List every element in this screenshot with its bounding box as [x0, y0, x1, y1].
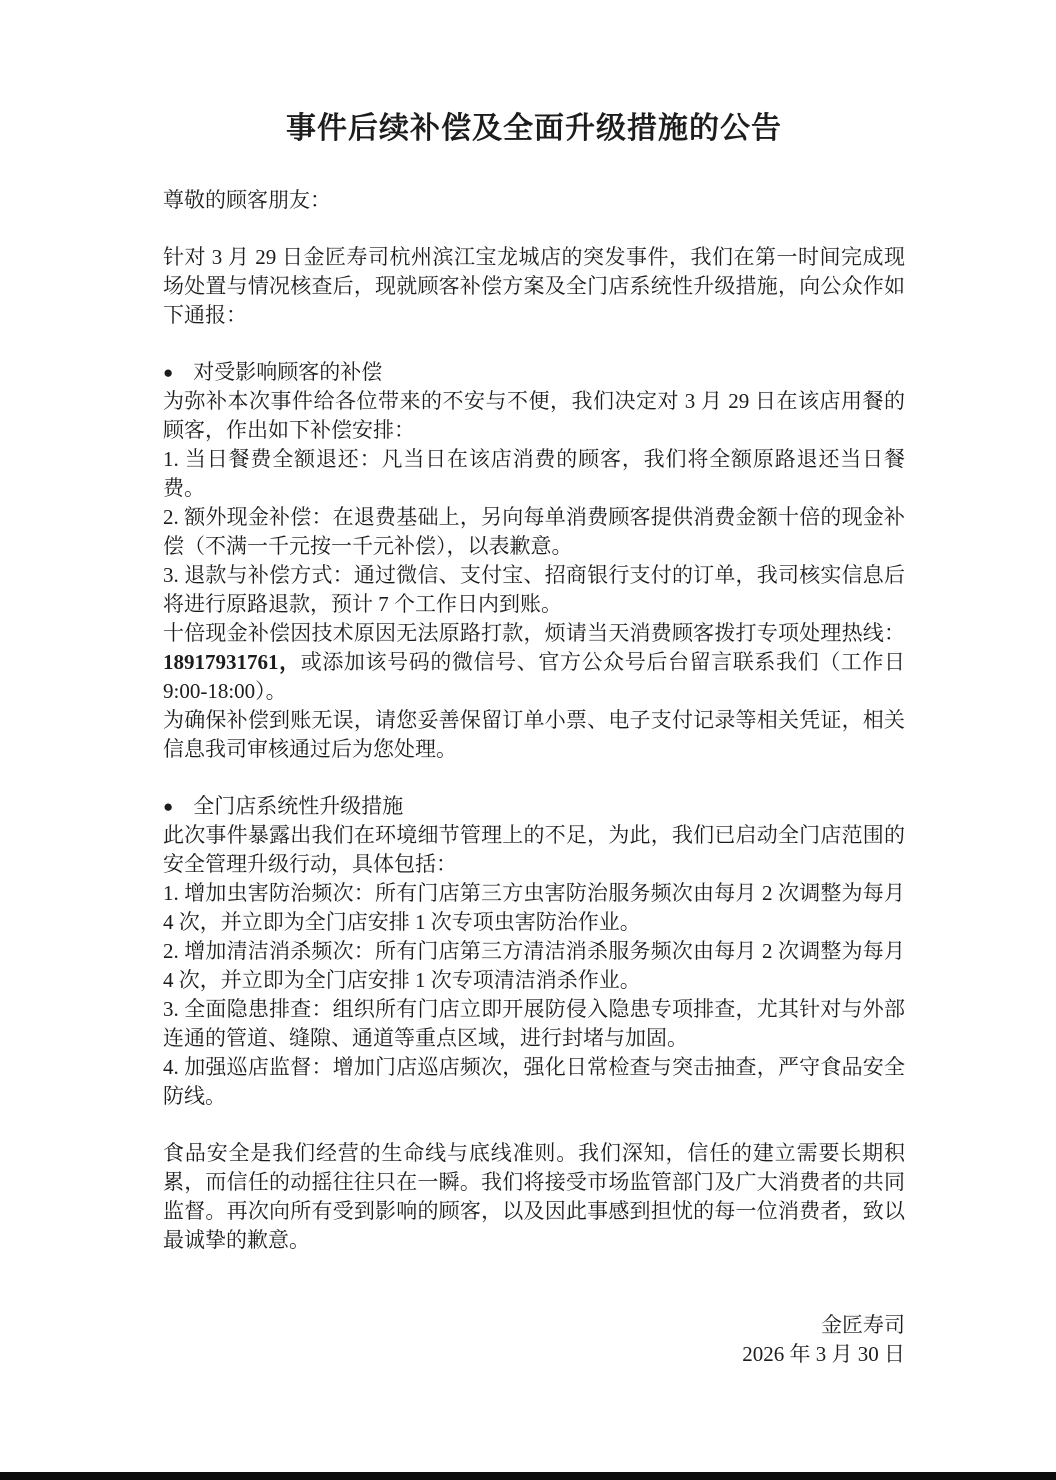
section-1-note: 为确保补偿到账无误，请您妥善保留订单小票、电子支付记录等相关凭证，相关信息我司审…	[163, 706, 905, 764]
page-title: 事件后续补偿及全面升级措施的公告	[163, 110, 905, 148]
section-1-item-3: 3. 退款与补偿方式：通过微信、支付宝、招商银行支付的订单，我司核实信息后将进行…	[163, 561, 905, 619]
section-2-item-3: 3. 全面隐患排查：组织所有门店立即开展防侵入隐患专项排查，尤其针对与外部连通的…	[163, 995, 905, 1053]
section-2-heading: ●全门店系统性升级措施	[163, 792, 905, 821]
section-1-heading-label: 对受影响顾客的补偿	[193, 360, 382, 384]
section-2-item-4: 4. 加强巡店监督：增加门店巡店频次，强化日常检查与突击抽查，严守食品安全防线。	[163, 1053, 905, 1111]
signature-company: 金匠寿司	[163, 1311, 905, 1340]
hotline-phone-number: 18917931761，	[163, 650, 301, 674]
closing-paragraph: 食品安全是我们经营的生命线与底线准则。我们深知，信任的建立需要长期积累，而信任的…	[163, 1139, 905, 1255]
salutation: 尊敬的顾客朋友：	[163, 186, 905, 215]
section-1-item-2: 2. 额外现金补偿：在退费基础上，另向每单消费顾客提供消费金额十倍的现金补偿（不…	[163, 503, 905, 561]
intro-paragraph: 针对 3 月 29 日金匠寿司杭州滨江宝龙城店的突发事件，我们在第一时间完成现场…	[163, 243, 905, 330]
section-2-lead: 此次事件暴露出我们在环境细节管理上的不足，为此，我们已启动全门店范围的安全管理升…	[163, 821, 905, 879]
section-1-heading: ●对受影响顾客的补偿	[163, 358, 905, 387]
section-2-item-1: 1. 增加虫害防治频次：所有门店第三方虫害防治服务频次由每月 2 次调整为每月 …	[163, 879, 905, 937]
hotline-text-before: 十倍现金补偿因技术原因无法原路打款，烦请当天消费顾客拨打专项处理热线：	[163, 621, 905, 645]
announcement-document: 事件后续补偿及全面升级措施的公告 尊敬的顾客朋友： 针对 3 月 29 日金匠寿…	[0, 110, 1056, 1369]
bullet-icon: ●	[163, 358, 173, 387]
scan-bottom-edge-bar	[0, 1472, 1056, 1480]
document-page: { "document": { "title": "事件后续补偿及全面升级措施的…	[0, 0, 1056, 1480]
section-2-heading-label: 全门店系统性升级措施	[193, 794, 403, 818]
section-1-lead: 为弥补本次事件给各位带来的不安与不便，我们决定对 3 月 29 日在该店用餐的顾…	[163, 387, 905, 445]
section-2-item-2: 2. 增加清洁消杀频次：所有门店第三方清洁消杀服务频次由每月 2 次调整为每月 …	[163, 937, 905, 995]
bullet-icon: ●	[163, 792, 173, 821]
signature-date: 2026 年 3 月 30 日	[163, 1340, 905, 1369]
hotline-paragraph: 十倍现金补偿因技术原因无法原路打款，烦请当天消费顾客拨打专项处理热线：18917…	[163, 619, 905, 706]
section-1-item-1: 1. 当日餐费全额退还：凡当日在该店消费的顾客，我们将全额原路退还当日餐费。	[163, 445, 905, 503]
